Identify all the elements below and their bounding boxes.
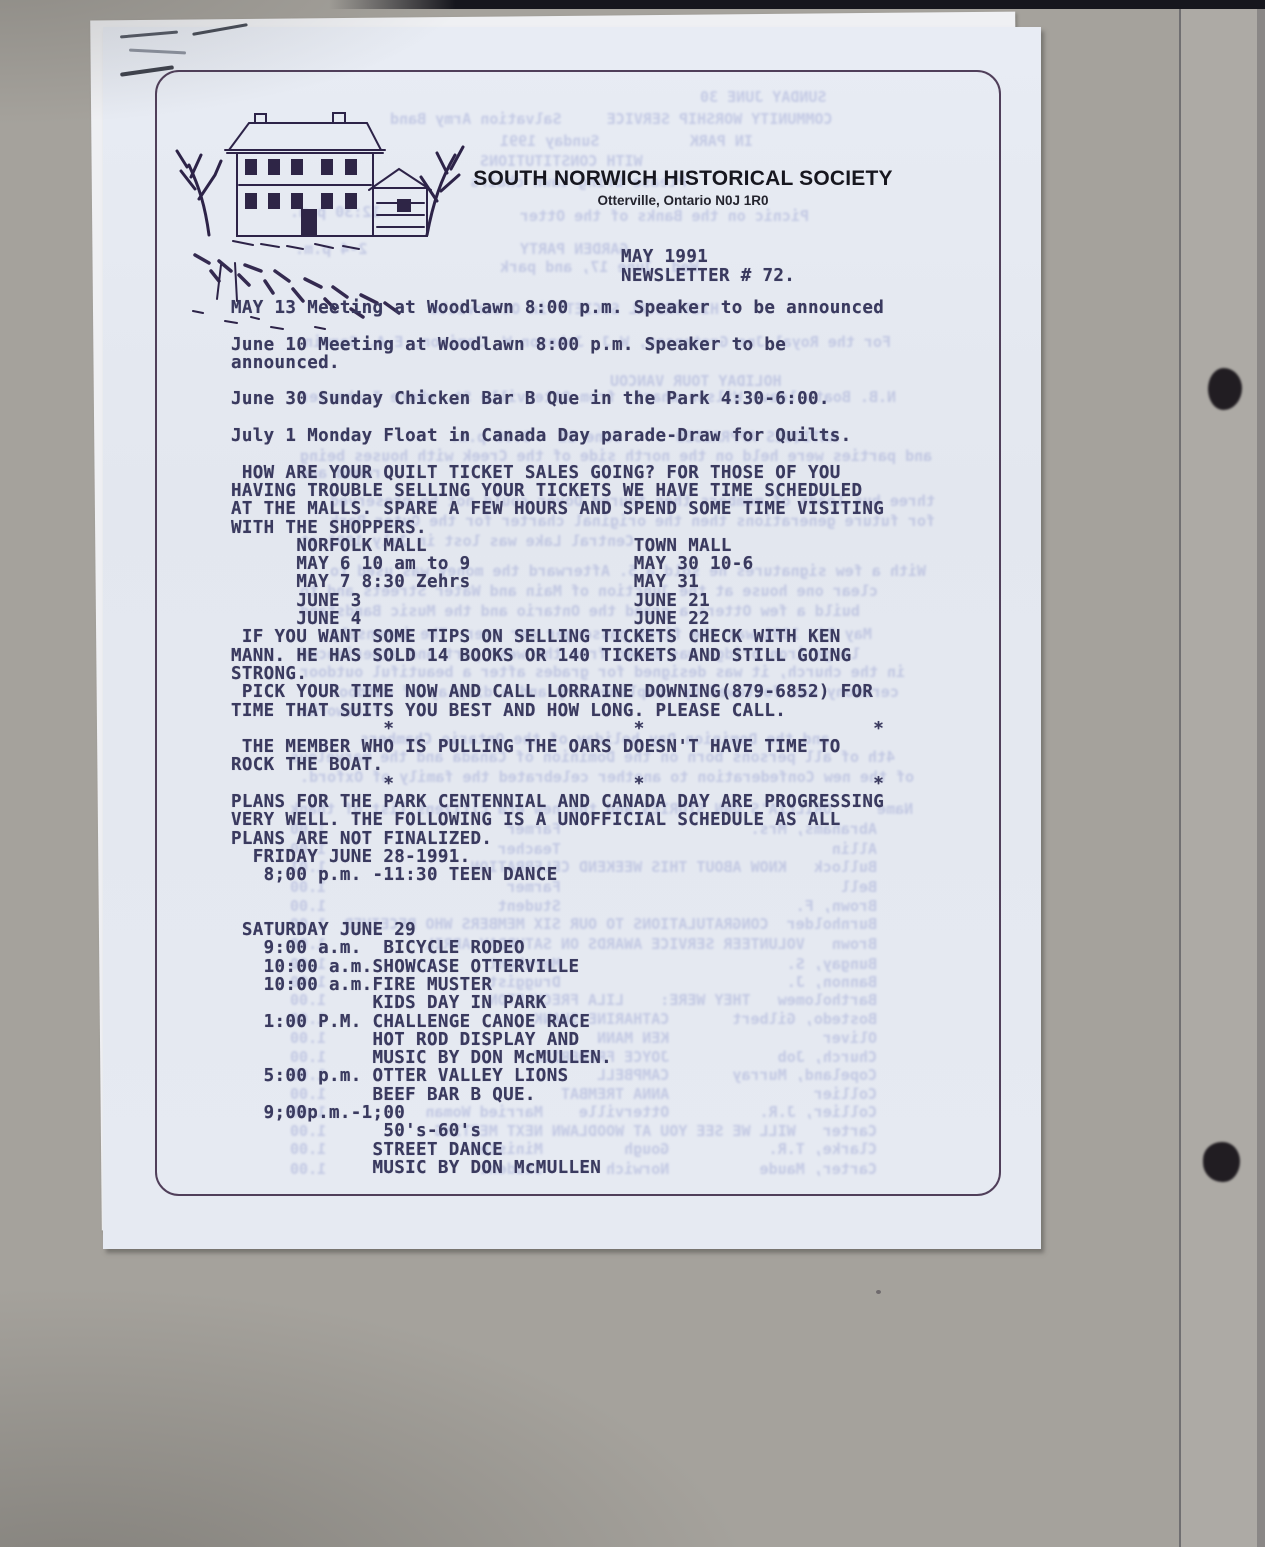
organization-name: SOUTH NORWICH HISTORICAL SOCIETY xyxy=(403,167,963,191)
scan-top-band xyxy=(0,0,1265,9)
punch-hole xyxy=(1203,1142,1240,1182)
issue-number: NEWSLETTER # 72. xyxy=(621,266,795,286)
newsletter-body-text: MAY 13 Meeting at Woodlawn 8:00 p.m. Spe… xyxy=(231,299,884,1177)
album-page-edge-line xyxy=(1179,0,1181,1547)
scan-right-edge-shade xyxy=(1257,0,1265,1547)
paper-sheet-front: SUNDAY JUNE 30COMMUNITY WORSHIP SERVICE … xyxy=(103,27,1041,1249)
album-page-right-strip xyxy=(1181,0,1265,1547)
scanned-newsletter-page: { "colors": { "background_gray": "#a5a29… xyxy=(0,0,1265,1547)
scan-speck xyxy=(876,1290,881,1294)
issue-month: MAY 1991 xyxy=(621,247,708,267)
organization-address: Otterville, Ontario N0J 1R0 xyxy=(403,193,963,208)
